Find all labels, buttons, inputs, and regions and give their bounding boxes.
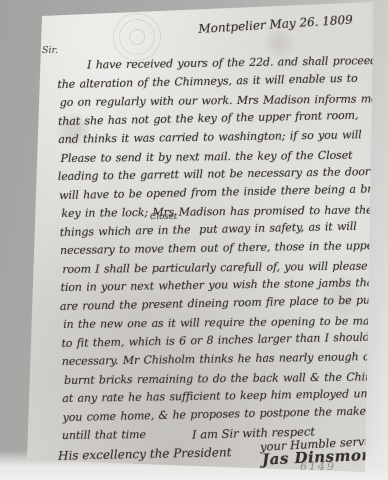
- address-docketing: His excellency the President: [58, 445, 232, 463]
- circular-archive-stamp-icon: [113, 13, 161, 61]
- letter-line: room I shall be particularly carefull of…: [62, 257, 368, 279]
- archival-pencil-number: 6149: [300, 460, 336, 473]
- interlinear-insertion: Closet: [150, 212, 177, 222]
- scanned-letter-photograph: Montpelier May 26. 1809 Sir. I have rece…: [0, 0, 388, 480]
- letter-line: Please to send it by next mail. the key …: [60, 146, 366, 168]
- letter-body: I have received yours of the 22d. and sh…: [57, 52, 371, 445]
- letter-salutation: Sir.: [42, 45, 58, 56]
- letter-paper-sheet: Montpelier May 26. 1809 Sir. I have rece…: [0, 0, 388, 480]
- letter-line: burnt bricks remaining to do the back wa…: [64, 368, 370, 390]
- letter-dateline: Montpelier May 26. 1809: [198, 13, 349, 36]
